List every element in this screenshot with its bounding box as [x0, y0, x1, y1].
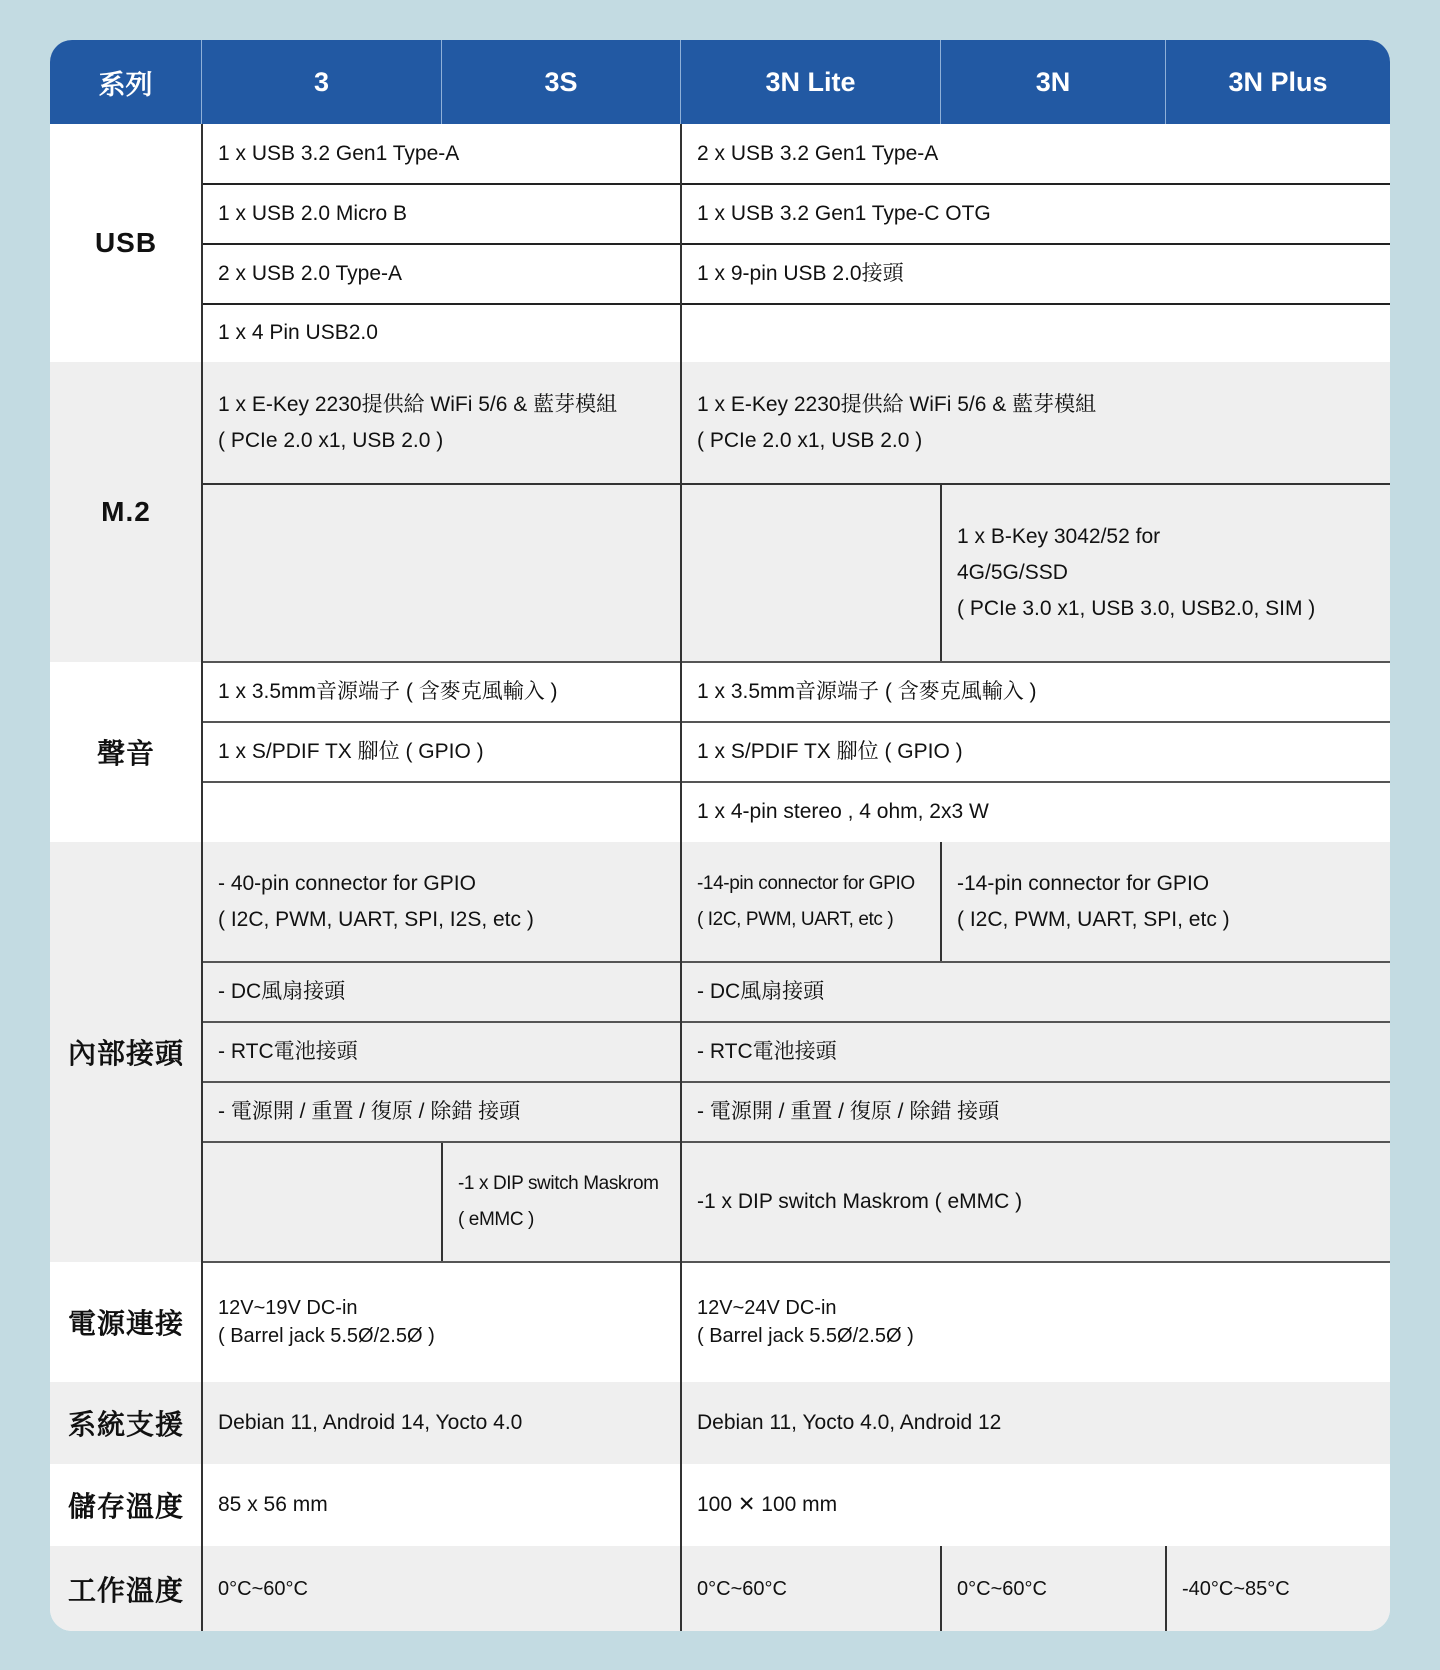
internal-rtc-right: - RTC電池接頭	[681, 1022, 1390, 1082]
internal-dip-3s: -1 x DIP switch Maskrom ( eMMC )	[442, 1142, 681, 1262]
cell-text: Debian 11, Android 14, Yocto 4.0	[218, 1405, 681, 1441]
cell-text: 1 x S/PDIF TX 腳位 ( GPIO )	[697, 734, 1390, 770]
internal-fan-left: - DC風扇接頭	[202, 962, 681, 1022]
cell-text: - 40-pin connector for GPIO	[218, 866, 681, 902]
row-label-audio: 聲音	[50, 662, 202, 842]
usb-right-3: 1 x 9-pin USB 2.0接頭	[681, 244, 1390, 304]
os-right: Debian 11, Yocto 4.0, Android 12	[681, 1382, 1390, 1464]
cell-text: -40°C~85°C	[1182, 1571, 1390, 1607]
cell-text: 12V~19V DC-in	[218, 1294, 681, 1322]
power-right: 12V~24V DC-in ( Barrel jack 5.5Ø/2.5Ø )	[681, 1262, 1390, 1382]
usb-left-4: 1 x 4 Pin USB2.0	[202, 304, 681, 362]
m2-right-ekey: 1 x E-Key 2230提供給 WiFi 5/6 & 藍芽模組 ( PCIe…	[681, 362, 1390, 484]
row-label-os: 系統支援	[50, 1382, 202, 1464]
internal-power-header-left: - 電源開 / 重置 / 復原 / 除錯 接頭	[202, 1082, 681, 1142]
internal-fan-right: - DC風扇接頭	[681, 962, 1390, 1022]
cell-text: - 電源開 / 重置 / 復原 / 除錯 接頭	[697, 1094, 1390, 1130]
cell-text: 1 x S/PDIF TX 腳位 ( GPIO )	[218, 734, 681, 770]
cell-text: 1 x 4 Pin USB2.0	[218, 315, 681, 351]
spec-comparison-table: 系列 3 3S 3N Lite 3N 3N Plus USB M.2 聲音 內部…	[50, 40, 1390, 1631]
col-divider-label	[201, 124, 203, 1631]
cell-text: - DC風扇接頭	[218, 974, 681, 1010]
cell-text: - RTC電池接頭	[697, 1034, 1390, 1070]
cell-text: -14-pin connector for GPIO	[957, 866, 1390, 902]
cell-text: -14-pin connector for GPIO	[697, 866, 941, 902]
cell-text: ( PCIe 2.0 x1, USB 2.0 )	[218, 423, 681, 459]
cell-text: ( I2C, PWM, UART, SPI, I2S, etc )	[218, 902, 681, 938]
cell-text: 1 x USB 2.0 Micro B	[218, 196, 681, 232]
cell-text: ( I2C, PWM, UART, etc )	[697, 902, 941, 938]
audio-left-2: 1 x S/PDIF TX 腳位 ( GPIO )	[202, 722, 681, 782]
internal-dip-right: -1 x DIP switch Maskrom ( eMMC )	[681, 1142, 1390, 1262]
cell-text: 1 x E-Key 2230提供給 WiFi 5/6 & 藍芽模組	[218, 387, 681, 423]
cell-text: 2 x USB 3.2 Gen1 Type-A	[697, 136, 1390, 172]
internal-gpio-3n-lite: -14-pin connector for GPIO ( I2C, PWM, U…	[681, 842, 941, 962]
cell-text: ( Barrel jack 5.5Ø/2.5Ø )	[218, 1322, 681, 1350]
usb-right-2: 1 x USB 3.2 Gen1 Type-C OTG	[681, 184, 1390, 244]
cell-text: 100 ✕ 100 mm	[697, 1487, 1390, 1523]
cell-text: 1 x B-Key 3042/52 for	[957, 519, 1390, 555]
audio-right-1: 1 x 3.5mm音源端子 ( 含麥克風輸入 )	[681, 662, 1390, 722]
work-temp-3n-lite: 0°C~60°C	[681, 1546, 941, 1631]
cell-text: 1 x 3.5mm音源端子 ( 含麥克風輸入 )	[697, 674, 1390, 710]
m2-left-ekey: 1 x E-Key 2230提供給 WiFi 5/6 & 藍芽模組 ( PCIe…	[202, 362, 681, 484]
cell-text: 1 x 9-pin USB 2.0接頭	[697, 256, 1390, 292]
header-model-3n-plus: 3N Plus	[1166, 40, 1390, 124]
internal-gpio-3n: -14-pin connector for GPIO ( I2C, PWM, U…	[941, 842, 1390, 962]
header-model-3n: 3N	[941, 40, 1166, 124]
cell-text: - DC風扇接頭	[697, 974, 1390, 1010]
header-model-3n-lite: 3N Lite	[681, 40, 941, 124]
header-model-3s: 3S	[442, 40, 681, 124]
internal-rtc-left: - RTC電池接頭	[202, 1022, 681, 1082]
m2-bkey: 1 x B-Key 3042/52 for 4G/5G/SSD ( PCIe 3…	[941, 484, 1390, 662]
cell-text: ( PCIe 2.0 x1, USB 2.0 )	[697, 423, 1390, 459]
usb-left-2: 1 x USB 2.0 Micro B	[202, 184, 681, 244]
cell-text: 1 x E-Key 2230提供給 WiFi 5/6 & 藍芽模組	[697, 387, 1390, 423]
usb-left-3: 2 x USB 2.0 Type-A	[202, 244, 681, 304]
cell-text: 12V~24V DC-in	[697, 1294, 1390, 1322]
col-divider-main	[680, 124, 682, 1631]
cell-text: Debian 11, Yocto 4.0, Android 12	[697, 1405, 1390, 1441]
os-left: Debian 11, Android 14, Yocto 4.0	[202, 1382, 681, 1464]
row-label-usb: USB	[50, 124, 202, 362]
cell-text: ( Barrel jack 5.5Ø/2.5Ø )	[697, 1322, 1390, 1350]
audio-left-1: 1 x 3.5mm音源端子 ( 含麥克風輸入 )	[202, 662, 681, 722]
header-model-3: 3	[202, 40, 442, 124]
power-left: 12V~19V DC-in ( Barrel jack 5.5Ø/2.5Ø )	[202, 1262, 681, 1382]
cell-text: 0°C~60°C	[697, 1571, 941, 1607]
work-temp-3n: 0°C~60°C	[941, 1546, 1166, 1631]
cell-text: 1 x 4-pin stereo , 4 ohm, 2x3 W	[697, 794, 1390, 830]
work-temp-3n-plus: -40°C~85°C	[1166, 1546, 1390, 1631]
audio-right-3: 1 x 4-pin stereo , 4 ohm, 2x3 W	[681, 782, 1390, 842]
cell-text: - 電源開 / 重置 / 復原 / 除錯 接頭	[218, 1094, 681, 1130]
storage-temp-right: 100 ✕ 100 mm	[681, 1464, 1390, 1546]
cell-text: 0°C~60°C	[957, 1571, 1166, 1607]
cell-text: ( I2C, PWM, UART, SPI, etc )	[957, 902, 1390, 938]
row-label-internal: 內部接頭	[50, 842, 202, 1262]
usb-left-1: 1 x USB 3.2 Gen1 Type-A	[202, 124, 681, 184]
row-label-power: 電源連接	[50, 1262, 202, 1382]
cell-text: ( PCIe 3.0 x1, USB 3.0, USB2.0, SIM )	[957, 591, 1390, 627]
internal-power-header-right: - 電源開 / 重置 / 復原 / 除錯 接頭	[681, 1082, 1390, 1142]
cell-text: 1 x USB 3.2 Gen1 Type-C OTG	[697, 196, 1390, 232]
row-label-m2: M.2	[50, 362, 202, 662]
audio-right-2: 1 x S/PDIF TX 腳位 ( GPIO )	[681, 722, 1390, 782]
cell-text: ( eMMC )	[458, 1202, 681, 1238]
row-label-work-temp: 工作溫度	[50, 1546, 202, 1631]
cell-text: 85 x 56 mm	[218, 1487, 681, 1523]
internal-gpio-left: - 40-pin connector for GPIO ( I2C, PWM, …	[202, 842, 681, 962]
usb-right-1: 2 x USB 3.2 Gen1 Type-A	[681, 124, 1390, 184]
cell-text: -1 x DIP switch Maskrom ( eMMC )	[697, 1184, 1390, 1220]
storage-temp-left: 85 x 56 mm	[202, 1464, 681, 1546]
cell-text: -1 x DIP switch Maskrom	[458, 1166, 681, 1202]
cell-text: 1 x USB 3.2 Gen1 Type-A	[218, 136, 681, 172]
cell-text: 2 x USB 2.0 Type-A	[218, 256, 681, 292]
cell-text: - RTC電池接頭	[218, 1034, 681, 1070]
cell-text: 1 x 3.5mm音源端子 ( 含麥克風輸入 )	[218, 674, 681, 710]
row-label-storage-temp: 儲存溫度	[50, 1464, 202, 1546]
header-series: 系列	[50, 40, 202, 124]
work-temp-left: 0°C~60°C	[202, 1546, 681, 1631]
cell-text: 4G/5G/SSD	[957, 555, 1390, 591]
cell-text: 0°C~60°C	[218, 1571, 681, 1607]
